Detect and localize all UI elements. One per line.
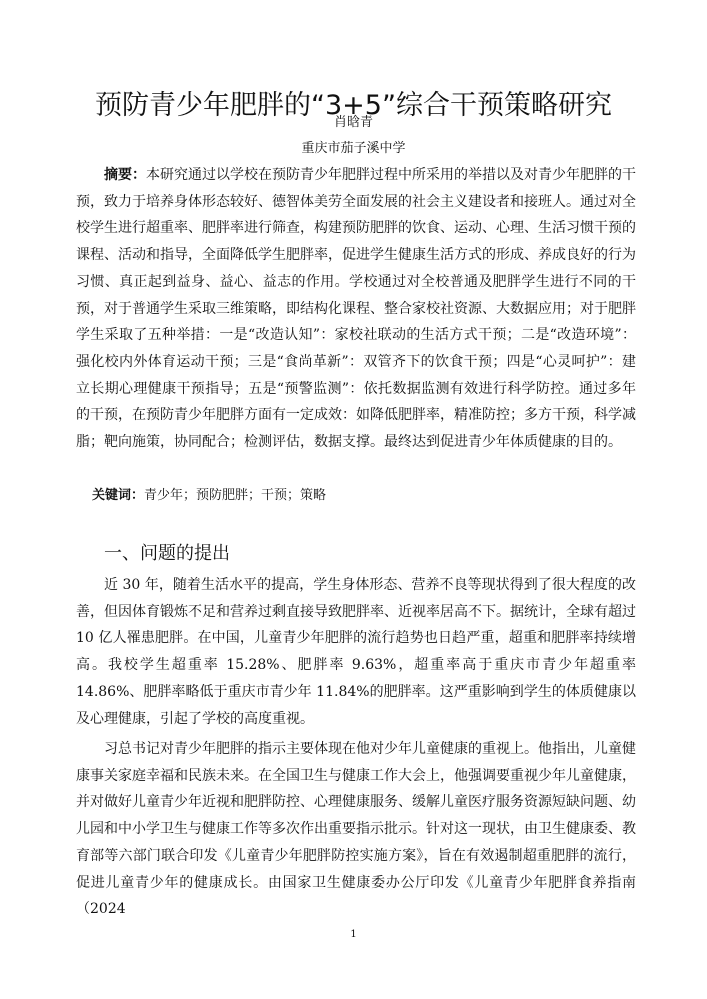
author-name: 肖晗青 [0, 114, 707, 132]
body-paragraph: 近 30 年，随着生活水平的提高，学生身体形态、营养不良等现状得到了很大程度的改… [76, 572, 636, 732]
document-page: 预防青少年肥胖的“3+5”综合干预策略研究 肖晗青 重庆市茄子溪中学 摘要：本研… [0, 0, 707, 999]
page-number: 1 [0, 928, 707, 942]
abstract-label: 摘要： [104, 167, 146, 183]
keywords-text: 青少年；预防肥胖；干预；策略 [144, 488, 326, 503]
body-paragraph: 习总书记对青少年肥胖的指示主要体现在他对少年儿童健康的重视上。他指出，儿童健康事… [76, 736, 636, 923]
section-heading: 一、问题的提出 [104, 541, 230, 567]
author-affiliation: 重庆市茄子溪中学 [0, 140, 707, 158]
abstract-text: 本研究通过以学校在预防青少年肥胖过程中所采用的举措以及对青少年肥胖的干预，致力于… [76, 167, 636, 450]
abstract: 摘要：本研究通过以学校在预防青少年肥胖过程中所采用的举措以及对青少年肥胖的干预，… [76, 162, 636, 456]
keywords-label: 关键词： [92, 488, 144, 503]
keywords: 关键词：青少年；预防肥胖；干预；策略 [92, 486, 326, 506]
